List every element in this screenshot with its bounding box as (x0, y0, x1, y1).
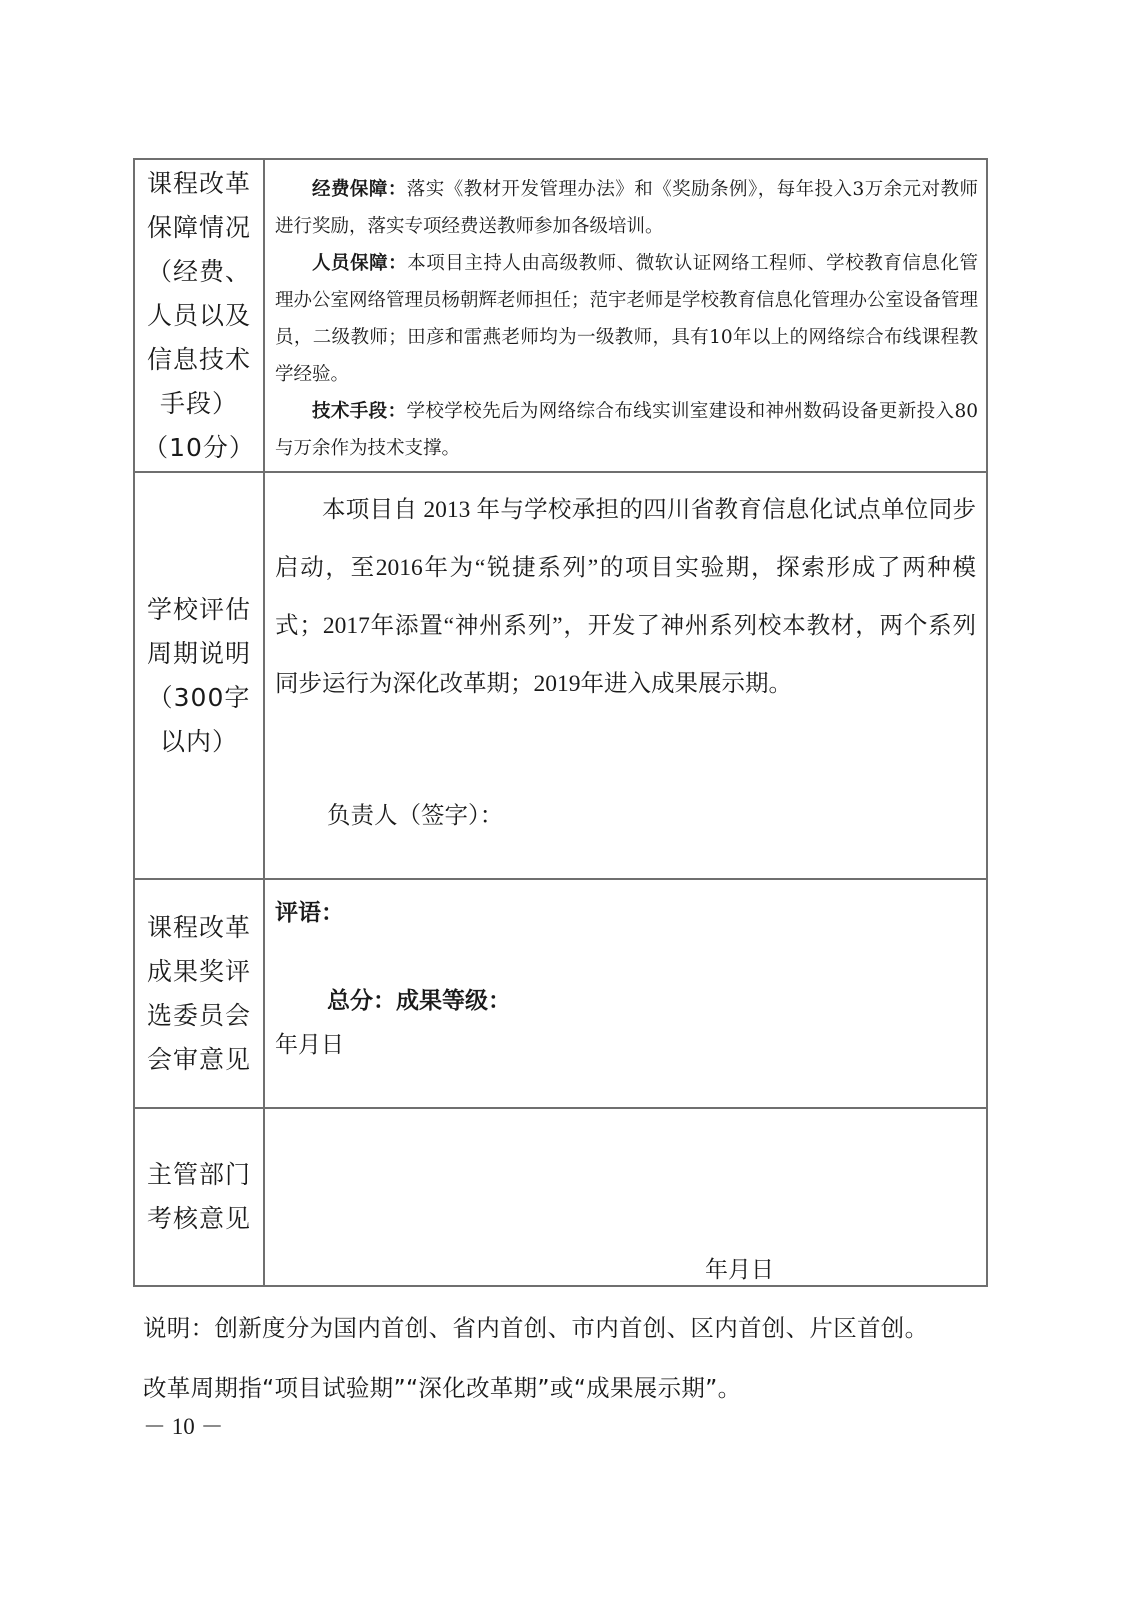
label-line: 以内） (135, 720, 263, 764)
score-grade-label: 总分：成果等级： (327, 982, 511, 1015)
label-line: 周期说明 (135, 632, 263, 676)
label-cell-evaluation-period: 学校评估 周期说明 （300字 以内） (134, 472, 264, 879)
label-line: 主管部门 (135, 1153, 263, 1197)
content-cell-committee-review: 评语： 总分：成果等级： 年月日 (264, 879, 987, 1108)
label-line: 保障情况 (135, 206, 263, 250)
content-cell-evaluation-period: 本项目自 2013 年与学校承担的四川省教育信息化试点单位同步启动，至2016年… (264, 472, 987, 879)
document-page: 课程改革 保障情况 （经费、 人员以及 信息技术 手段） （10分） 经费保障：… (0, 0, 1131, 1600)
label-line: 会审意见 (135, 1038, 263, 1082)
curriculum-reform-form-table: 课程改革 保障情况 （经费、 人员以及 信息技术 手段） （10分） 经费保障：… (133, 158, 988, 1287)
table-row-department-assessment: 主管部门 考核意见 年月日 (134, 1108, 987, 1286)
funding-lead: 经费保障： (312, 179, 407, 200)
page-number: － 10 － (143, 1408, 224, 1441)
note-line-innovation: 说明：创新度分为国内首创、省内首创、市内首创、区内首创、片区首创。 (143, 1298, 928, 1358)
label-cell-guarantee: 课程改革 保障情况 （经费、 人员以及 信息技术 手段） （10分） (134, 159, 264, 472)
guarantee-content: 经费保障：落实《教材开发管理办法》和《奖励条例》，每年投入3万余元对教师进行奖励… (265, 165, 986, 467)
funding-paragraph: 经费保障：落实《教材开发管理办法》和《奖励条例》，每年投入3万余元对教师进行奖励… (275, 171, 978, 245)
label-line: 课程改革 (135, 906, 263, 950)
personnel-paragraph: 人员保障：本项目主持人由高级教师、微软认证网络工程师、学校教育信息化管理办公室网… (275, 245, 978, 393)
content-cell-guarantee: 经费保障：落实《教材开发管理办法》和《奖励条例》，每年投入3万余元对教师进行奖励… (264, 159, 987, 472)
label-line: （300字 (135, 676, 263, 720)
label-line: 信息技术 (135, 338, 263, 382)
label-line: 选委员会 (135, 994, 263, 1038)
label-line: 课程改革 (135, 162, 263, 206)
label-line: 成果奖评 (135, 950, 263, 994)
label-line: 学校评估 (135, 588, 263, 632)
notes-section: 说明：创新度分为国内首创、省内首创、市内首创、区内首创、片区首创。 改革周期指“… (143, 1298, 928, 1418)
label-cell-department-assessment: 主管部门 考核意见 (134, 1108, 264, 1286)
label-line: （经费、 (135, 250, 263, 294)
technology-paragraph: 技术手段：学校学校先后为网络综合布线实训室建设和神州数码设备更新投入80与万余作… (275, 393, 978, 467)
table-row-committee-review: 课程改革 成果奖评 选委员会 会审意见 评语： 总分：成果等级： 年月日 (134, 879, 987, 1108)
evaluation-period-paragraph: 本项目自 2013 年与学校承担的四川省教育信息化试点单位同步启动，至2016年… (275, 481, 976, 713)
evaluation-period-content: 本项目自 2013 年与学校承担的四川省教育信息化试点单位同步启动，至2016年… (275, 481, 976, 713)
label-line: 手段） (135, 382, 263, 426)
table-row-guarantee: 课程改革 保障情况 （经费、 人员以及 信息技术 手段） （10分） 经费保障：… (134, 159, 987, 472)
label-line: （10分） (135, 426, 263, 470)
comment-label: 评语： (275, 894, 344, 927)
signature-field: 负责人（签字）： (327, 796, 503, 830)
note-line-reform-period: 改革周期指“项目试验期”“深化改革期”或“成果展示期”。 (143, 1358, 928, 1418)
review-date: 年月日 (275, 1026, 344, 1059)
content-cell-department-assessment: 年月日 (264, 1108, 987, 1286)
label-line: 考核意见 (135, 1197, 263, 1241)
label-line: 人员以及 (135, 294, 263, 338)
assessment-date: 年月日 (705, 1251, 774, 1284)
technology-lead: 技术手段： (312, 401, 406, 422)
table-row-evaluation-period: 学校评估 周期说明 （300字 以内） 本项目自 2013 年与学校承担的四川省… (134, 472, 987, 879)
personnel-lead: 人员保障： (312, 253, 407, 274)
label-cell-committee-review: 课程改革 成果奖评 选委员会 会审意见 (134, 879, 264, 1108)
